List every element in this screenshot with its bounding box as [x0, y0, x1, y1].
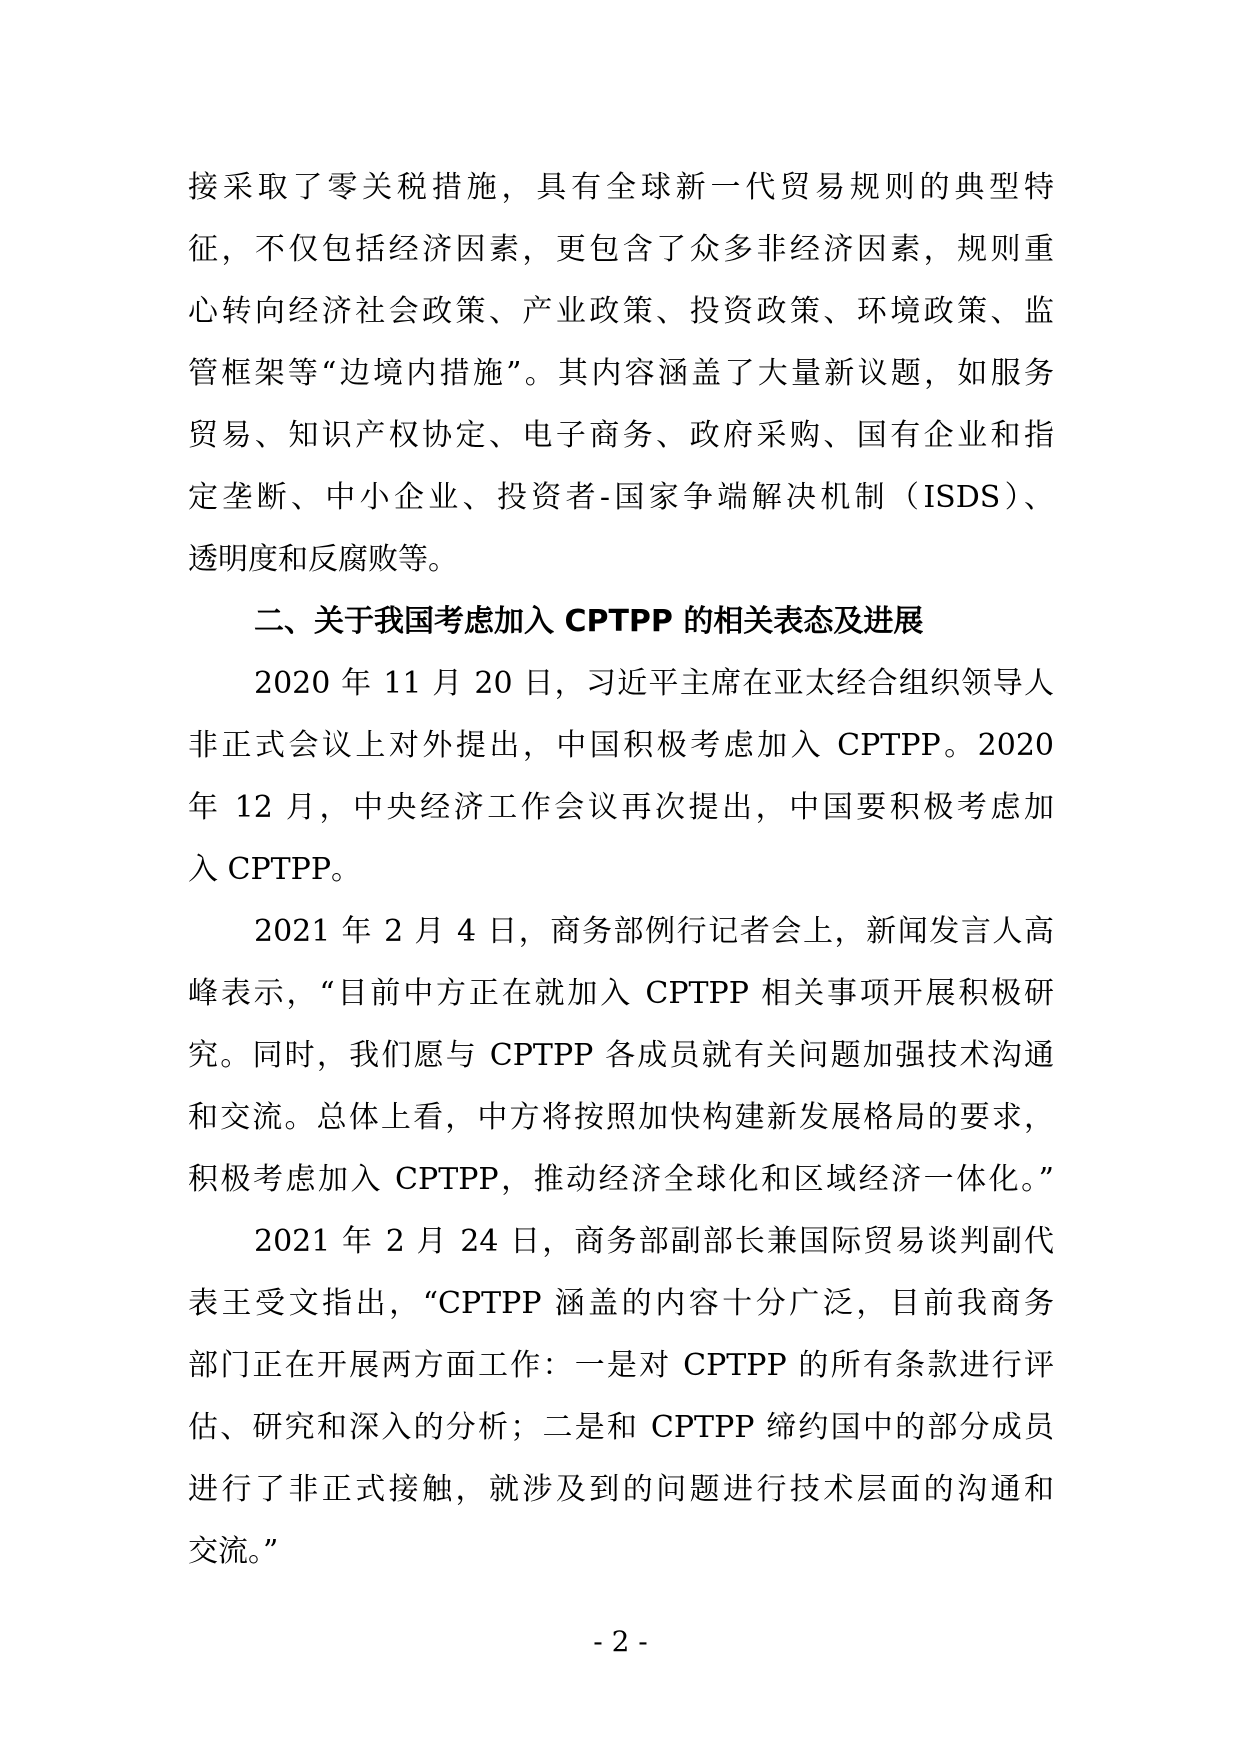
paragraph-3-line: 峰表示，“目前中方正在就加入 CPTPP 相关事项开展积极研	[188, 963, 1054, 1025]
paragraph-4-line: 进行了非正式接触，就涉及到的问题进行技术层面的沟通和	[188, 1459, 1054, 1521]
section-heading: 二、关于我国考虑加入 CPTPP 的相关表态及进展	[254, 591, 923, 653]
paragraph-1-line: 透明度和反腐败等。	[188, 529, 1054, 591]
paragraph-4-line: 交流。”	[188, 1521, 1054, 1583]
document-page: 接采取了零关税措施，具有全球新一代贸易规则的典型特 征，不仅包括经济因素，更包含…	[0, 0, 1241, 1754]
paragraph-3-line: 究。同时，我们愿与 CPTPP 各成员就有关问题加强技术沟通	[188, 1025, 1054, 1087]
paragraph-1-line: 心转向经济社会政策、产业政策、投资政策、环境政策、监	[188, 281, 1054, 343]
paragraph-2-line: 2020 年 11 月 20 日，习近平主席在亚太经合组织领导人	[254, 653, 1054, 715]
paragraph-4-line: 估、研究和深入的分析；二是和 CPTPP 缔约国中的部分成员	[188, 1397, 1054, 1459]
paragraph-1-line: 征，不仅包括经济因素，更包含了众多非经济因素，规则重	[188, 219, 1054, 281]
paragraph-1-line: 接采取了零关税措施，具有全球新一代贸易规则的典型特	[188, 157, 1054, 219]
paragraph-1-line: 贸易、知识产权协定、电子商务、政府采购、国有企业和指	[188, 405, 1054, 467]
paragraph-2-line: 年 12 月，中央经济工作会议再次提出，中国要积极考虑加	[188, 777, 1054, 839]
paragraph-3-line: 和交流。总体上看，中方将按照加快构建新发展格局的要求，	[188, 1087, 1054, 1149]
paragraph-4-line: 2021 年 2 月 24 日，商务部副部长兼国际贸易谈判副代	[254, 1211, 1054, 1273]
paragraph-2-line: 入 CPTPP。	[188, 839, 1054, 901]
paragraph-4-line: 表王受文指出，“CPTPP 涵盖的内容十分广泛，目前我商务	[188, 1273, 1054, 1335]
paragraph-3-line: 2021 年 2 月 4 日，商务部例行记者会上，新闻发言人高	[254, 901, 1054, 963]
paragraph-1-line: 定垄断、中小企业、投资者-国家争端解决机制（ISDS）、	[188, 467, 1054, 529]
paragraph-4-line: 部门正在开展两方面工作：一是对 CPTPP 的所有条款进行评	[188, 1335, 1054, 1397]
paragraph-2-line: 非正式会议上对外提出，中国积极考虑加入 CPTPP。2020	[188, 715, 1054, 777]
paragraph-1-line: 管框架等“边境内措施”。其内容涵盖了大量新议题，如服务	[188, 343, 1054, 405]
page-number: - 2 -	[0, 1622, 1241, 1662]
paragraph-3-line: 积极考虑加入 CPTPP，推动经济全球化和区域经济一体化。”	[188, 1149, 1054, 1211]
